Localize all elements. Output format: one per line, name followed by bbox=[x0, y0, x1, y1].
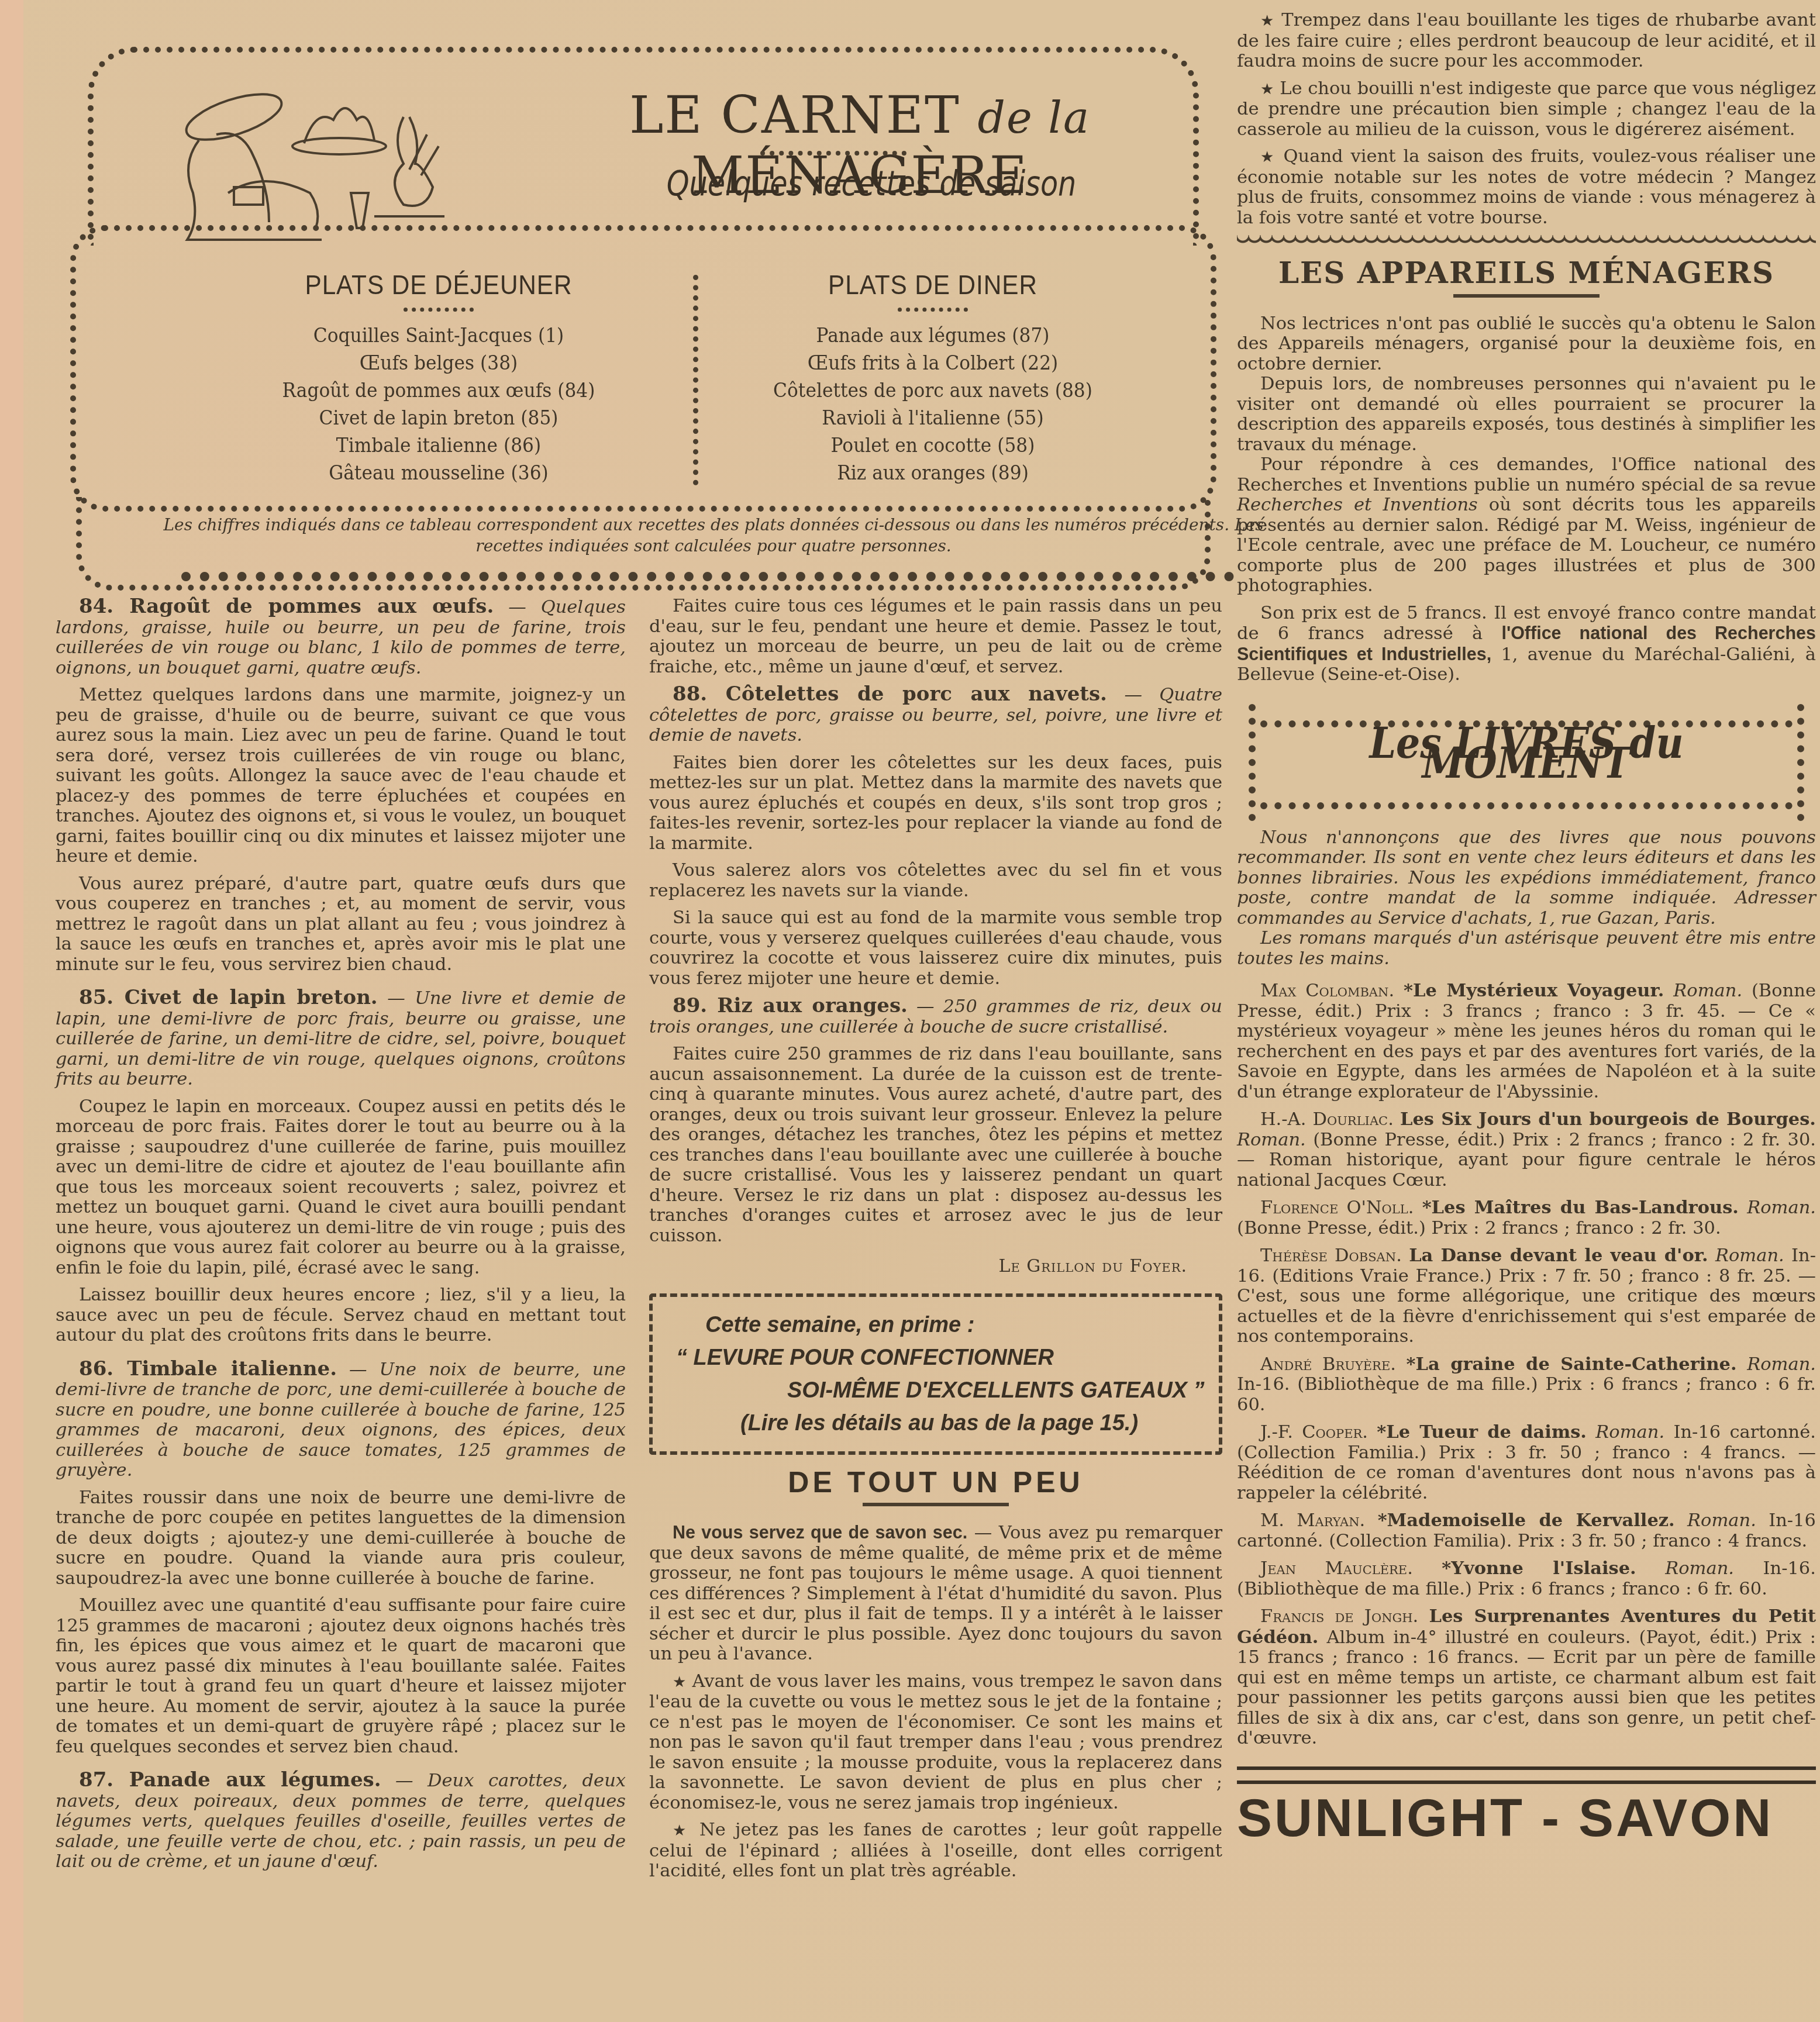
book-genre: Roman. bbox=[1747, 1198, 1816, 1218]
book-entry: Thérèse Dobsan. La Danse devant le veau … bbox=[1237, 1245, 1816, 1347]
recipe-86-step-2: Mouillez avec une quantité d'eau suffisa… bbox=[56, 1596, 626, 1757]
book-author: J.-F. Cooper. bbox=[1260, 1422, 1368, 1443]
book-entry: Jean Mauclère. *Yvonne l'Islaise. Roman.… bbox=[1237, 1558, 1816, 1599]
star-icon: ★ bbox=[1260, 81, 1274, 98]
recipe-86-title: 86. Timbale italienne. bbox=[79, 1357, 337, 1381]
book-details: (Bonne Presse, édit.) Prix : 2 francs ; … bbox=[1237, 1130, 1816, 1191]
section-heading-tout-un-peu: DE TOUT UN PEU bbox=[649, 1472, 1222, 1493]
menu-dejeuner-heading: PLATS DE DÉJEUNER bbox=[218, 269, 659, 301]
ring-border bbox=[1260, 802, 1793, 809]
menu-footnote: Les chiffres indiqués dans ce tableau co… bbox=[158, 515, 1269, 557]
book-genre: Roman. bbox=[1673, 981, 1742, 1001]
sunlight-savon-advert: SUNLIGHT - SAVON bbox=[1237, 1792, 1816, 1845]
prime-line: Cette semaine, en prime : bbox=[676, 1309, 1207, 1341]
column-right: ★ Trempez dans l'eau bouillante les tige… bbox=[1237, 11, 1816, 1845]
recipe-88-ingredients: 88. Côtelettes de porc aux navets. — Qua… bbox=[649, 684, 1222, 746]
book-details: Album in-4° illustré en couleurs. (Payot… bbox=[1237, 1627, 1816, 1749]
tip-item: ★ Ne jetez pas les fanes de carottes ; l… bbox=[649, 1820, 1222, 1882]
book-author: Francis de Jongh. bbox=[1260, 1606, 1418, 1627]
book-title: *Les Maîtres du Bas-Landrous. bbox=[1422, 1197, 1739, 1218]
recipe-87-step-1: Faites cuire tous ces légumes et le pain… bbox=[649, 596, 1222, 677]
menu-dotted-rule bbox=[404, 308, 474, 312]
section-rule bbox=[1453, 294, 1600, 298]
recipe-88-step-1: Faites bien dorer les côtelettes sur les… bbox=[649, 753, 1222, 854]
tip-item: ★ Trempez dans l'eau bouillante les tige… bbox=[1237, 11, 1816, 72]
recipe-85-step-2: Laissez bouillir deux heures encore ; li… bbox=[56, 1285, 626, 1346]
book-title: *Yvonne l'Islaise. bbox=[1442, 1558, 1636, 1579]
masthead-dotted-rule bbox=[760, 151, 906, 156]
tip-item: ★ Avant de vous laver les mains, vous tr… bbox=[649, 1672, 1222, 1814]
menu-item: Civet de lapin breton (85) bbox=[218, 405, 659, 432]
menu-item: Œufs belges (38) bbox=[218, 350, 659, 377]
book-author: André Bruyère. bbox=[1260, 1354, 1396, 1375]
prime-line: “ LEVURE POUR CONFECTIONNER bbox=[676, 1341, 1207, 1374]
book-genre: Roman. bbox=[1687, 1510, 1756, 1531]
section-heading-livres: Les LIVRES du MOMENT bbox=[1298, 733, 1756, 774]
recipe-89-title: 89. Riz aux oranges. bbox=[673, 994, 908, 1017]
book-author: M. Maryan. bbox=[1260, 1510, 1365, 1531]
book-author: H.-A. Dourliac. bbox=[1260, 1109, 1394, 1130]
menu-item: Panade aux légumes (87) bbox=[712, 322, 1153, 350]
dotted-rule-bottom bbox=[181, 572, 1234, 581]
tip-item: ★ Le chou bouilli n'est indigeste que pa… bbox=[1237, 79, 1816, 140]
menu-item: Œufs frits à la Colbert (22) bbox=[712, 350, 1153, 377]
recipe-86-ingredients: 86. Timbale italienne. — Une noix de beu… bbox=[56, 1359, 626, 1481]
recipe-87-title: 87. Panade aux légumes. bbox=[79, 1768, 381, 1792]
recipe-86-step-1: Faites roussir dans une noix de beurre u… bbox=[56, 1488, 626, 1589]
double-rule bbox=[1237, 1766, 1816, 1784]
book-genre: Roman. bbox=[1715, 1245, 1784, 1266]
book-genre: Roman. bbox=[1747, 1354, 1816, 1375]
recipe-87-ingredients: 87. Panade aux légumes. — Deux carottes,… bbox=[56, 1770, 626, 1872]
section-heading-appareils: LES APPAREILS MÉNAGERS bbox=[1237, 263, 1816, 284]
book-entry: H.-A. Dourliac. Les Six Jours d'un bourg… bbox=[1237, 1109, 1816, 1191]
book-entry: Florence O'Noll. *Les Maîtres du Bas-Lan… bbox=[1237, 1198, 1816, 1238]
menu-item: Riz aux oranges (89) bbox=[712, 460, 1153, 487]
appareils-paragraph: Pour répondre à ces demandes, l'Office n… bbox=[1237, 455, 1816, 596]
star-icon: ★ bbox=[1260, 12, 1275, 30]
book-entry: M. Maryan. *Mademoiselle de Kervallez. R… bbox=[1237, 1510, 1816, 1551]
book-title: *Le Tueur de daims. bbox=[1377, 1421, 1587, 1443]
prime-line: SOI-MÊME D'EXCELLENTS GATEAUX ” bbox=[676, 1374, 1207, 1407]
recipe-89-step-1: Faites cuire 250 grammes de riz dans l'e… bbox=[649, 1044, 1222, 1246]
prime-page-reference: (Lire les détails au bas de la page 15.) bbox=[676, 1407, 1207, 1440]
prime-announcement-box: Cette semaine, en prime : “ LEVURE POUR … bbox=[649, 1293, 1222, 1455]
recipe-84-step-2: Vous aurez préparé, d'autre part, quatre… bbox=[56, 874, 626, 975]
tip-item: ★ Quand vient la saison des fruits, voul… bbox=[1237, 147, 1816, 228]
carnet-header-frame: LE CARNET de la MÉNAGÈRE Quelques recett… bbox=[64, 18, 1219, 585]
column-middle: Faites cuire tous ces légumes et le pain… bbox=[649, 596, 1222, 1889]
appareils-paragraph: Son prix est de 5 francs. Il est envoyé … bbox=[1237, 603, 1816, 685]
recipe-85-step-1: Coupez le lapin en morceaux. Coupez auss… bbox=[56, 1097, 626, 1279]
book-entry: Francis de Jongh. Les Surprenantes Avent… bbox=[1237, 1606, 1816, 1749]
column-left: 84. Ragoût de pommes aux œufs. — Quelque… bbox=[56, 596, 626, 1879]
recipe-84-ingredients: 84. Ragoût de pommes aux œufs. — Quelque… bbox=[56, 596, 626, 678]
star-icon: ★ bbox=[673, 1822, 690, 1840]
book-author: Jean Mauclère. bbox=[1260, 1558, 1413, 1579]
livres-heading-frame: Les LIVRES du MOMENT bbox=[1237, 692, 1816, 828]
recipe-84-step-1: Mettez quelques lardons dans une marmite… bbox=[56, 685, 626, 867]
menu-item: Gâteau mousseline (36) bbox=[218, 460, 659, 487]
recipe-85-title: 85. Civet de lapin breton. bbox=[79, 986, 378, 1009]
menu-dotted-rule bbox=[898, 308, 968, 312]
book-title: *La graine de Sainte-Catherine. bbox=[1407, 1354, 1737, 1375]
book-title: Les Six Jours d'un bourgeois de Bourges. bbox=[1400, 1109, 1816, 1130]
author-signature: Le Grillon du Foyer. bbox=[649, 1257, 1187, 1277]
recipe-88-title: 88. Côtelettes de porc aux navets. bbox=[673, 682, 1107, 706]
menu-item: Côtelettes de porc aux navets (88) bbox=[712, 377, 1153, 405]
recipe-85-ingredients: 85. Civet de lapin breton. — Une livre e… bbox=[56, 988, 626, 1090]
book-title: *Mademoiselle de Kervallez. bbox=[1378, 1510, 1675, 1531]
book-details: In-16. (Bibliothèque de ma fille.) Prix … bbox=[1237, 1374, 1816, 1415]
book-entry: Max Colomban. *Le Mystérieux Voyageur. R… bbox=[1237, 981, 1816, 1102]
recipe-89-ingredients: 89. Riz aux oranges. — 250 grammes de ri… bbox=[649, 996, 1222, 1037]
appareils-paragraph: Nos lectrices n'ont pas oublié le succès… bbox=[1237, 314, 1816, 375]
menu-item: Poulet en cocotte (58) bbox=[712, 432, 1153, 460]
book-entry: J.-F. Cooper. *Le Tueur de daims. Roman.… bbox=[1237, 1422, 1816, 1503]
menu-item: Ragoût de pommes aux œufs (84) bbox=[218, 377, 659, 405]
menu-item: Timbale italienne (86) bbox=[218, 432, 659, 460]
cook-serving-platter-illustration bbox=[164, 76, 444, 246]
book-author: Thérèse Dobsan. bbox=[1260, 1245, 1402, 1266]
book-entry: André Bruyère. *La graine de Sainte-Cath… bbox=[1237, 1354, 1816, 1416]
book-details: (Bonne Presse, édit.) Prix : 2 francs ; … bbox=[1237, 1218, 1721, 1238]
wavy-divider bbox=[1237, 235, 1816, 250]
tip-savon: Ne vous servez que de savon sec. — Vous … bbox=[649, 1523, 1222, 1665]
ring-border bbox=[1797, 704, 1804, 821]
section-rule bbox=[863, 1503, 1009, 1506]
tip-savon-title: Ne vous servez que de savon sec. bbox=[673, 1523, 967, 1543]
book-genre: Roman. bbox=[1237, 1130, 1306, 1150]
book-list: Max Colomban. *Le Mystérieux Voyageur. R… bbox=[1237, 981, 1816, 1749]
book-genre: Roman. bbox=[1595, 1422, 1664, 1443]
ring-border bbox=[1249, 704, 1256, 821]
recipe-84-title: 84. Ragoût de pommes aux œufs. bbox=[79, 595, 494, 618]
livres-intro: Nous n'annonçons que des livres que nous… bbox=[1237, 828, 1816, 929]
star-icon: ★ bbox=[1260, 149, 1276, 166]
menu-item: Coquilles Saint-Jacques (1) bbox=[218, 322, 659, 350]
book-author: Max Colomban. bbox=[1260, 981, 1394, 1001]
appareils-paragraph: Depuis lors, de nombreuses personnes qui… bbox=[1237, 374, 1816, 455]
recipe-88-step-2: Vous salerez alors vos côtelettes avec d… bbox=[649, 861, 1222, 901]
menu-item: Ravioli à l'italienne (55) bbox=[712, 405, 1153, 432]
menu-diner-heading: PLATS DE DINER bbox=[712, 269, 1153, 301]
book-title: *Le Mystérieux Voyageur. bbox=[1404, 980, 1664, 1001]
book-title: La Danse devant le veau d'or. bbox=[1409, 1245, 1708, 1266]
livres-intro: Les romans marqués d'un astérisque peuve… bbox=[1237, 929, 1816, 969]
book-author: Florence O'Noll. bbox=[1260, 1198, 1414, 1218]
book-genre: Roman. bbox=[1665, 1558, 1734, 1579]
menu-dejeuner: PLATS DE DÉJEUNER Coquilles Saint-Jacque… bbox=[199, 269, 678, 487]
menu-diner: PLATS DE DINER Panade aux légumes (87) Œ… bbox=[693, 269, 1173, 487]
recipe-88-step-3: Si la sauce qui est au fond de la marmit… bbox=[649, 908, 1222, 989]
masthead-subtitle: Quelques recettes de saison bbox=[633, 164, 1110, 203]
star-icon: ★ bbox=[673, 1674, 687, 1691]
